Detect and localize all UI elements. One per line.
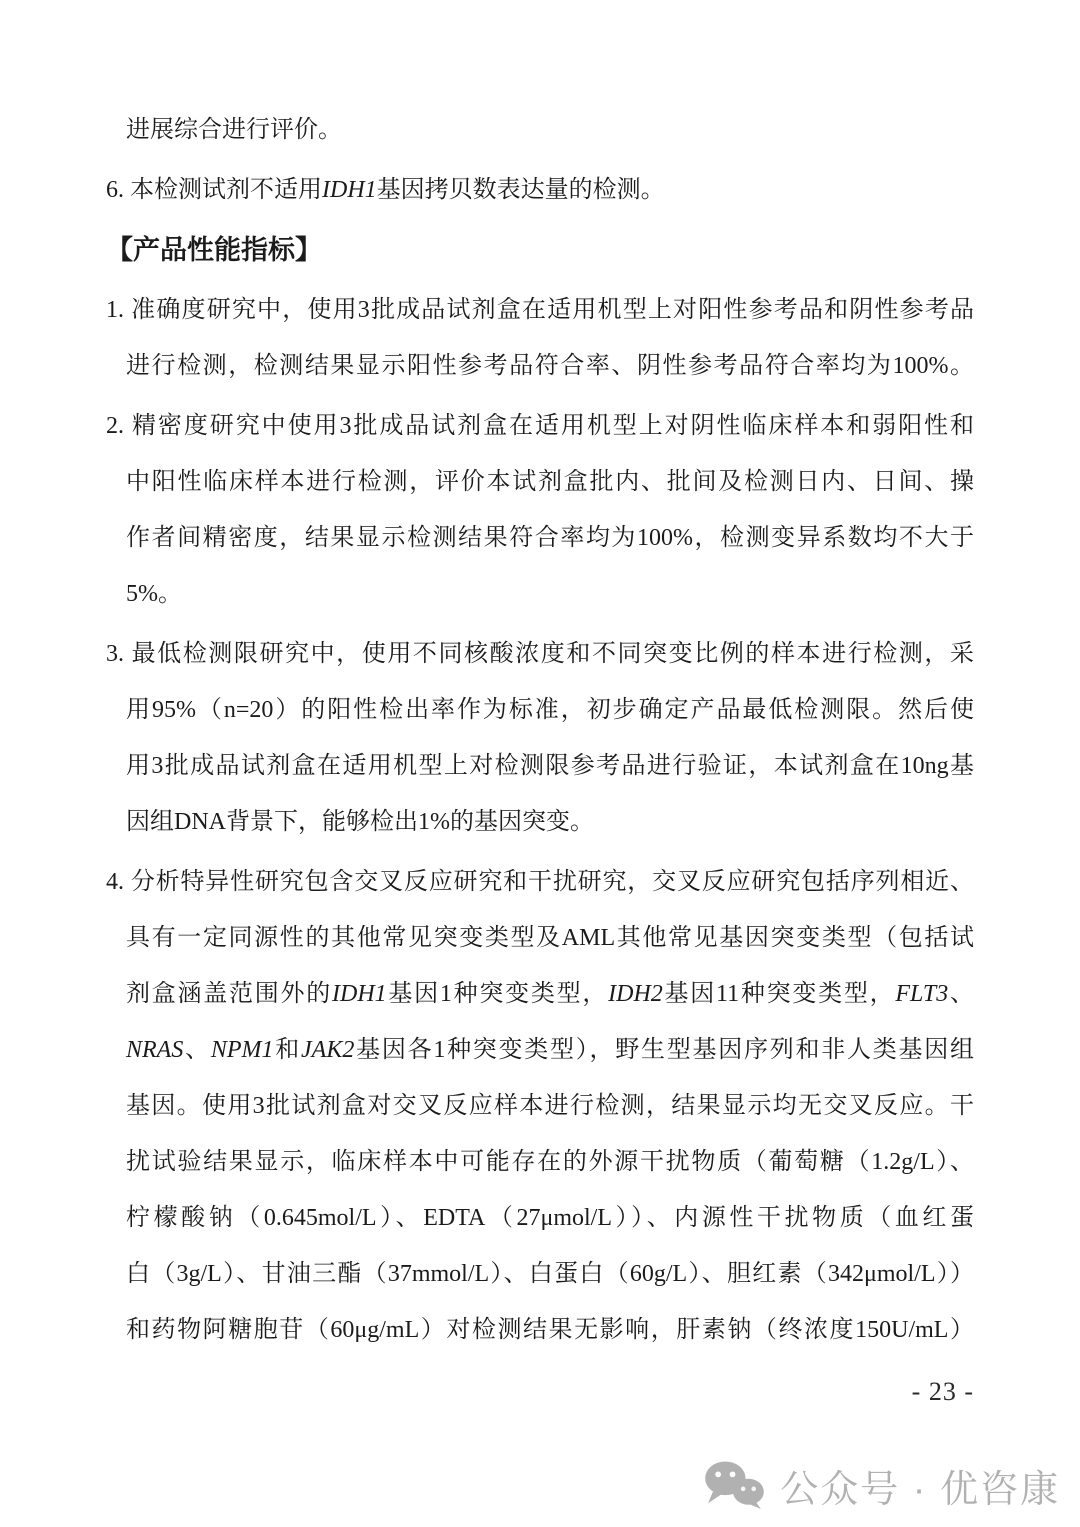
paragraph: 4. 分析特异性研究包含交叉反应研究和干扰研究，交叉反应研究包括序列相近、具有一… [106,854,974,1358]
text-segment: 因组DNA背景下，能够检出1%的基因突变。 [126,809,594,835]
paragraph: 2. 精密度研究中使用3批成品试剂盒在适用机型上对阴性临床样本和弱阳性和中阳性临… [106,398,974,622]
text-line: 进展综合进行评价。 [106,102,974,158]
text-segment: 1. 准确度研究中，使用3批成品试剂盒在适用机型上对阳性参考品和阴性参考品 [106,297,974,323]
gene-name: IDH2 [608,981,663,1007]
text-segment: 中阳性临床样本进行检测，评价本试剂盒批内、批间及检测日内、日间、操 [126,469,974,495]
text-segment: 基因拷贝数表达量的检测。 [377,177,665,203]
text-segment: 【产品性能指标】 [106,235,322,265]
text-line: 剂盒涵盖范围外的IDH1基因1种突变类型，IDH2基因11种突变类型，FLT3、 [106,966,974,1022]
text-line: 扰试验结果显示，临床样本中可能存在的外源干扰物质（葡萄糖（1.2g/L）、 [106,1134,974,1190]
text-line: 4. 分析特异性研究包含交叉反应研究和干扰研究，交叉反应研究包括序列相近、 [106,854,974,910]
text-segment: 扰试验结果显示，临床样本中可能存在的外源干扰物质（葡萄糖（1.2g/L）、 [126,1149,974,1175]
text-segment: 6. 本检测试剂不适用 [106,177,322,203]
watermark-label: 公众号 · 优咨康 [780,1458,1060,1513]
text-segment: 进行检测，检测结果显示阳性参考品符合率、阴性参考品符合率均为100%。 [126,353,974,379]
text-line: 用95%（n=20）的阳性检出率作为标准，初步确定产品最低检测限。然后使 [106,682,974,738]
paragraph: 3. 最低检测限研究中，使用不同核酸浓度和不同突变比例的样本进行检测，采用95%… [106,626,974,850]
text-line: 基因。使用3批试剂盒对交叉反应样本进行检测，结果显示均无交叉反应。干 [106,1078,974,1134]
text-segment: 基因。使用3批试剂盒对交叉反应样本进行检测，结果显示均无交叉反应。干 [126,1093,974,1119]
text-segment: 剂盒涵盖范围外的 [126,981,332,1007]
document-body: 进展综合进行评价。6. 本检测试剂不适用IDH1基因拷贝数表达量的检测。【产品性… [106,102,974,1362]
text-line: 中阳性临床样本进行检测，评价本试剂盒批内、批间及检测日内、日间、操 [106,454,974,510]
text-segment: 4. 分析特异性研究包含交叉反应研究和干扰研究，交叉反应研究包括序列相近、 [106,869,974,895]
text-segment: 作者间精密度，结果显示检测结果符合率均为100%，检测变异系数均不大于 [126,525,974,551]
text-segment: 用95%（n=20）的阳性检出率作为标准，初步确定产品最低检测限。然后使 [126,697,974,723]
text-line: 3. 最低检测限研究中，使用不同核酸浓度和不同突变比例的样本进行检测，采 [106,626,974,682]
text-line: 5%。 [106,566,974,622]
text-segment: 柠檬酸钠（0.645mol/L）、EDTA（27μmol/L））、内源性干扰物质… [126,1205,974,1231]
text-segment: 基因各1种突变类型），野生型基因序列和非人类基因组 [354,1037,974,1063]
text-line: 作者间精密度，结果显示检测结果符合率均为100%，检测变异系数均不大于 [106,510,974,566]
text-line: 白（3g/L）、甘油三酯（37mmol/L）、白蛋白（60g/L）、胆红素（34… [106,1246,974,1302]
text-segment: 3. 最低检测限研究中，使用不同核酸浓度和不同突变比例的样本进行检测，采 [106,641,974,667]
text-segment: 具有一定同源性的其他常见突变类型及AML其他常见基因突变类型（包括试 [126,925,974,951]
gene-name: IDH1 [332,981,387,1007]
text-line: 具有一定同源性的其他常见突变类型及AML其他常见基因突变类型（包括试 [106,910,974,966]
text-segment: 、 [948,981,974,1007]
gene-name: FLT3 [895,981,948,1007]
text-segment: 和 [274,1037,302,1063]
section-heading: 【产品性能指标】 [106,222,974,278]
paragraph: 6. 本检测试剂不适用IDH1基因拷贝数表达量的检测。 [106,162,974,218]
text-line: NRAS、NPM1和JAK2基因各1种突变类型），野生型基因序列和非人类基因组 [106,1022,974,1078]
paragraph: 1. 准确度研究中，使用3批成品试剂盒在适用机型上对阳性参考品和阴性参考品进行检… [106,282,974,394]
text-segment: 和药物阿糖胞苷（60μg/mL）对检测结果无影响，肝素钠（终浓度150U/mL） [126,1317,974,1343]
paragraph: 进展综合进行评价。 [106,102,974,158]
text-segment: 5%。 [126,581,182,607]
text-segment: 基因1种突变类型， [387,981,608,1007]
text-line: 进行检测，检测结果显示阳性参考品符合率、阴性参考品符合率均为100%。 [106,338,974,394]
text-segment: 、 [183,1037,211,1063]
page-number: - 23 - [912,1372,974,1412]
document-page: 进展综合进行评价。6. 本检测试剂不适用IDH1基因拷贝数表达量的检测。【产品性… [0,0,1080,1527]
gene-name: IDH1 [322,177,377,203]
text-line: 2. 精密度研究中使用3批成品试剂盒在适用机型上对阴性临床样本和弱阳性和 [106,398,974,454]
text-line: 和药物阿糖胞苷（60μg/mL）对检测结果无影响，肝素钠（终浓度150U/mL） [106,1302,974,1358]
text-line: 因组DNA背景下，能够检出1%的基因突变。 [106,794,974,850]
gene-name: JAK2 [301,1037,354,1063]
text-line: 【产品性能指标】 [106,222,974,278]
gene-name: NPM1 [211,1037,274,1063]
text-line: 用3批成品试剂盒在适用机型上对检测限参考品进行验证，本试剂盒在10ng基 [106,738,974,794]
text-segment: 进展综合进行评价。 [126,117,342,143]
text-segment: 用3批成品试剂盒在适用机型上对检测限参考品进行验证，本试剂盒在10ng基 [126,753,974,779]
text-line: 柠檬酸钠（0.645mol/L）、EDTA（27μmol/L））、内源性干扰物质… [106,1190,974,1246]
text-segment: 2. 精密度研究中使用3批成品试剂盒在适用机型上对阴性临床样本和弱阳性和 [106,413,974,439]
wechat-watermark: 公众号 · 优咨康 [702,1456,1060,1514]
text-segment: 基因11种突变类型， [663,981,896,1007]
wechat-icon [702,1460,766,1510]
text-line: 1. 准确度研究中，使用3批成品试剂盒在适用机型上对阳性参考品和阴性参考品 [106,282,974,338]
text-line: 6. 本检测试剂不适用IDH1基因拷贝数表达量的检测。 [106,162,974,218]
text-segment: 白（3g/L）、甘油三酯（37mmol/L）、白蛋白（60g/L）、胆红素（34… [126,1261,974,1287]
gene-name: NRAS [126,1037,183,1063]
